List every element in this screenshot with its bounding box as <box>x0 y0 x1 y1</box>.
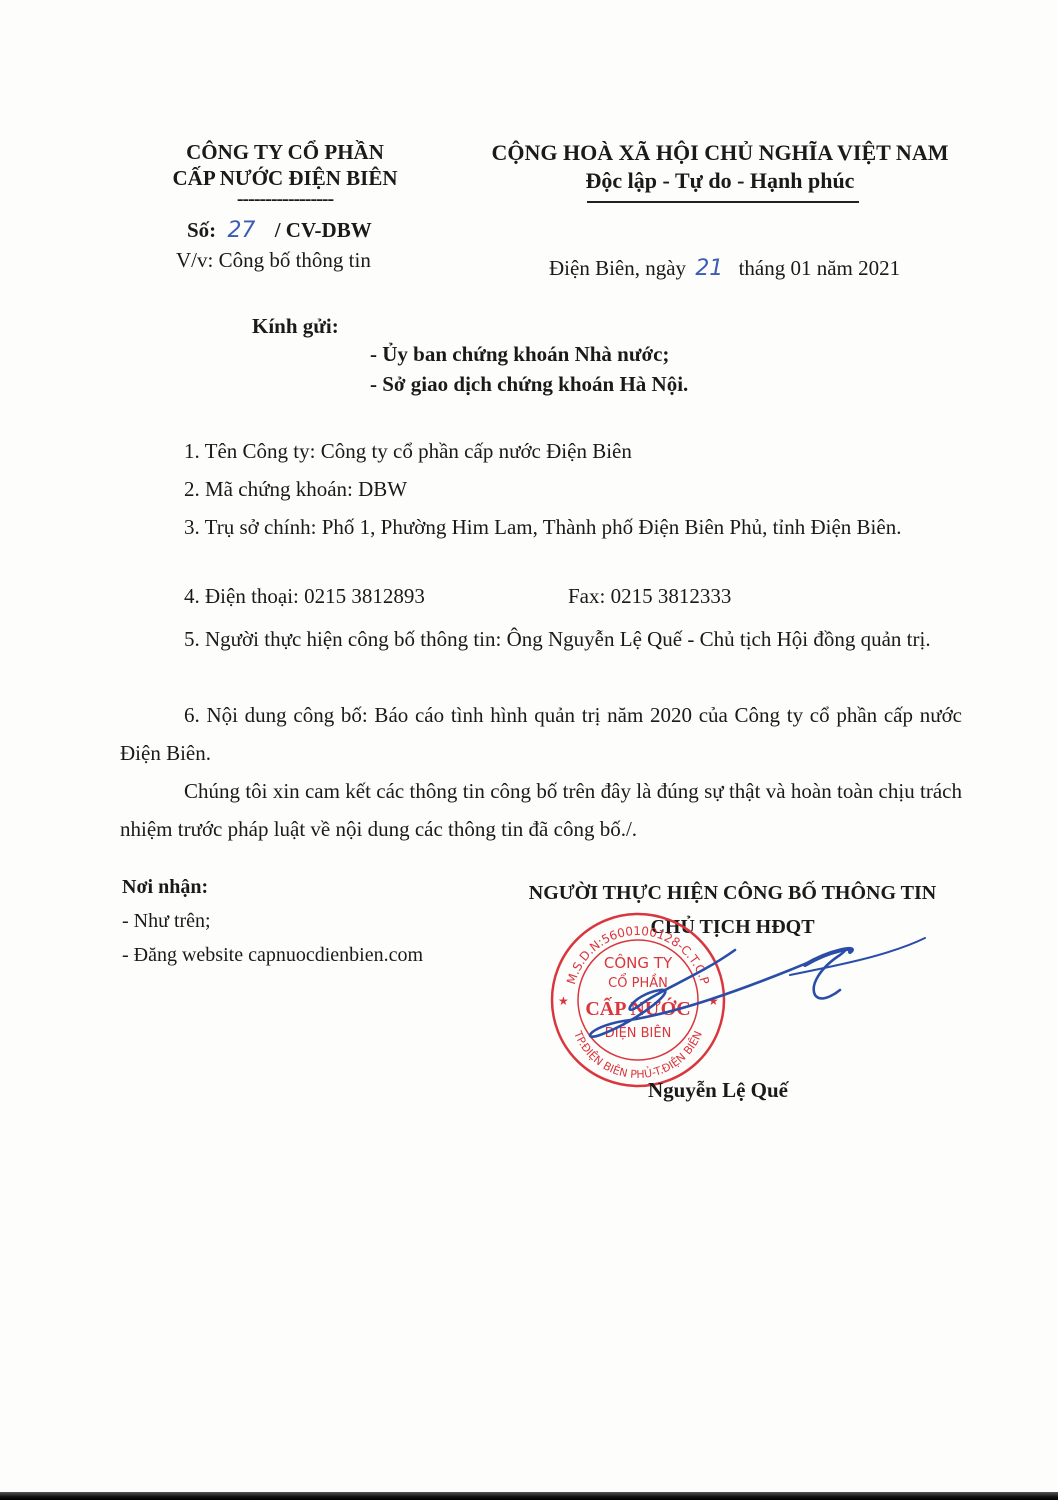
nation-motto: Độc lập - Tự do - Hạnh phúc <box>470 168 970 194</box>
recipient-item: - Sở giao dịch chứng khoán Hà Nội. <box>370 372 688 397</box>
body-item-2: 2. Mã chứng khoán: DBW <box>120 470 962 508</box>
date-day-handwritten: 21 <box>695 256 723 281</box>
document-number: Số: 27 / CV-DBW <box>187 218 372 243</box>
company-name-line1: CÔNG TY CỔ PHẦN <box>150 140 420 165</box>
nation-title: CỘNG HOÀ XÃ HỘI CHỦ NGHĨA VIỆT NAM <box>470 140 970 166</box>
date-prefix: Điện Biên, ngày <box>549 256 686 280</box>
recipients-label: Kính gửi: <box>252 314 339 339</box>
receiver-item: - Như trên; <box>122 910 211 933</box>
number-suffix: / CV-DBW <box>275 218 372 242</box>
body-item-3: 3. Trụ sở chính: Phố 1, Phường Him Lam, … <box>120 508 962 546</box>
signer-title: NGƯỜI THỰC HIỆN CÔNG BỐ THÔNG TIN <box>500 882 965 905</box>
separator: ----------------- <box>150 188 420 211</box>
motto-underline <box>587 201 859 203</box>
date-suffix: tháng 01 năm 2021 <box>739 256 901 280</box>
recipient-item: - Ủy ban chứng khoán Nhà nước; <box>370 342 669 367</box>
date-line: Điện Biên, ngày 21 tháng 01 năm 2021 <box>549 256 900 281</box>
subject-line: V/v: Công bố thông tin <box>176 248 371 273</box>
signature-icon <box>560 930 940 1050</box>
body-item-6: 6. Nội dung công bố: Báo cáo tình hình q… <box>120 696 962 772</box>
receivers-label: Nơi nhận: <box>122 876 208 899</box>
receiver-item: - Đăng website capnuocdienbien.com <box>122 944 423 967</box>
body-item-4-phone: 4. Điện thoại: 0215 3812893 <box>184 584 425 609</box>
body-item-1: 1. Tên Công ty: Công ty cổ phần cấp nước… <box>120 432 962 470</box>
body-item-5: 5. Người thực hiện công bố thông tin: Ôn… <box>120 620 962 658</box>
signer-name: Nguyễn Lệ Quế <box>648 1078 788 1103</box>
number-label: Số: <box>187 218 216 242</box>
commitment-paragraph: Chúng tôi xin cam kết các thông tin công… <box>120 772 962 848</box>
scan-bottom-edge <box>0 1492 1058 1500</box>
body-item-4-fax: Fax: 0215 3812333 <box>568 584 731 609</box>
number-handwritten: 27 <box>227 218 255 243</box>
